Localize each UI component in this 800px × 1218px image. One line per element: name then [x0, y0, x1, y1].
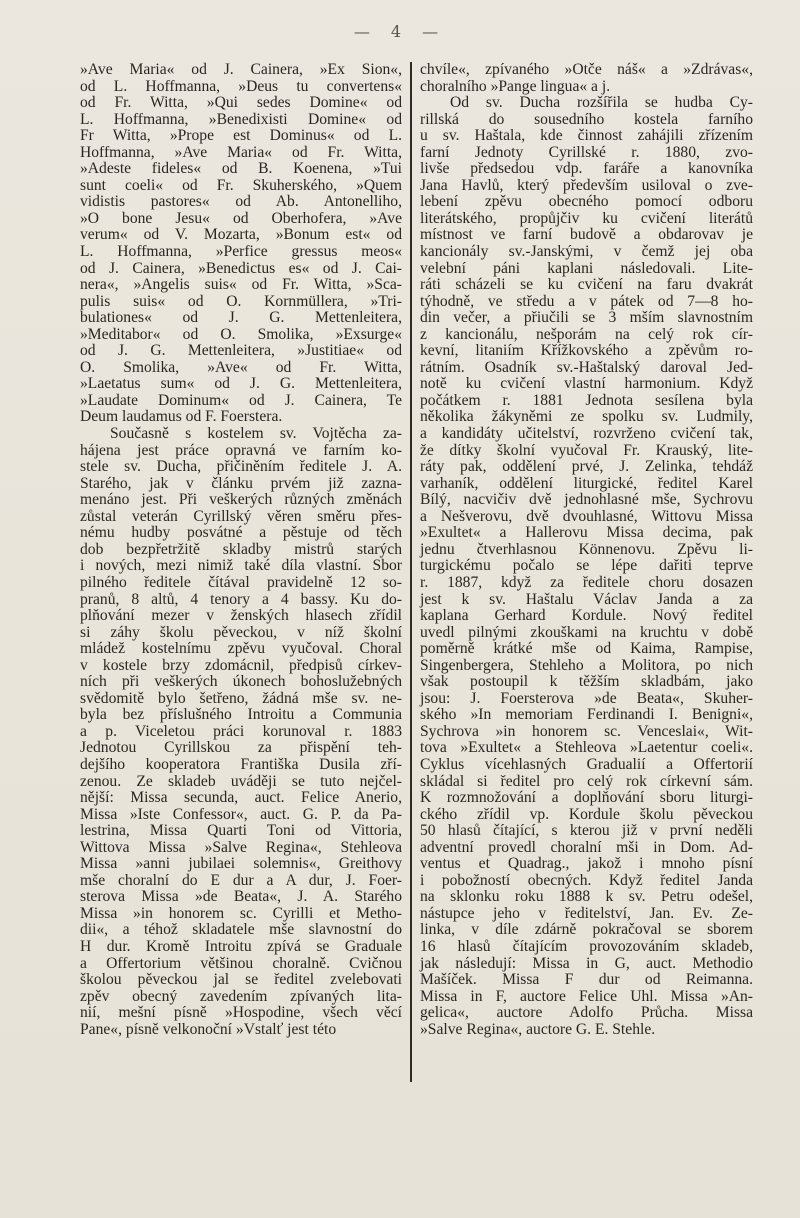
- text-line: několika žákyněmi ze spolku sv. Ludmily,: [420, 409, 753, 426]
- text-line: dob bezpřetržitě skladby mistrů starých: [80, 542, 402, 559]
- text-line: od J. G. Mettenleitera, »Justitiae« od: [80, 343, 402, 360]
- text-line: »Laudate Dominum« od J. Cainera, Te: [80, 393, 402, 410]
- text-line: farní Jednoty Cyrillské r. 1880, zvo-: [420, 145, 753, 162]
- text-line: Současně s kostelem sv. Vojtěcha za-: [80, 426, 402, 443]
- text-line: jsou: J. Foersterova »de Beata«, Skuher-: [420, 691, 753, 708]
- text-line: u sv. Haštala, kde činnost zahájili zříz…: [420, 128, 753, 145]
- text-line: »Exultet« a Hallerovu Missa decima, pak: [420, 525, 753, 542]
- text-line: Missa in F, auctore Felice Uhl. Missa »A…: [420, 989, 753, 1006]
- text-line: linka, v díle zdárně pokračoval se sbore…: [420, 922, 753, 939]
- text-line: Jednotou Cyrillskou za přispění teh-: [80, 740, 402, 757]
- text-line: od L. Hoffmanna, »Deus tu convertens«: [80, 79, 402, 96]
- text-line: K rozmnožování a doplňování sboru liturg…: [420, 790, 753, 807]
- text-line: literátského, propůjčiv ku cvičení liter…: [420, 211, 753, 228]
- text-line: z kancionálu, nešporám na celý rok cír-: [420, 327, 753, 344]
- text-line: školou pěveckou jal se ředitel zvelebova…: [80, 972, 402, 989]
- text-line: Bílý, nacvičiv dvě jednohlasné mše, Sych…: [420, 492, 753, 509]
- text-line: r. 1887, když za ředitele choru dosazen: [420, 575, 753, 592]
- text-line: nií, mešní písně »Hospodine, všech věcí: [80, 1005, 402, 1022]
- text-line: místnost ve farní budově a obdarovav je: [420, 227, 753, 244]
- text-line: varhaník, oddělení liturgické, ředitel K…: [420, 476, 753, 493]
- text-line: Deum laudamus od F. Foerstera.: [80, 409, 402, 426]
- text-line: velební páni kaplani následovali. Lite-: [420, 261, 753, 278]
- text-line: Missa »in honorem sc. Cyrilli et Metho-: [80, 906, 402, 923]
- text-line: a kandidáty učitelství, rozvrženo cvičen…: [420, 426, 753, 443]
- text-line: ckého zřídil vp. Kordule školu pěveckou: [420, 807, 753, 824]
- text-line: rátním. Osadník sv.-Haštalský daroval Je…: [420, 360, 753, 377]
- text-line: si záhy školu pěveckou, v níž školní: [80, 625, 402, 642]
- text-line: počátkem r. 1881 Jednota sesílena byla: [420, 393, 753, 410]
- text-line: vidistis pastores« od Ab. Antonelliho,: [80, 194, 402, 211]
- text-line: kancionály sv.-Janskými, v čemž jej oba: [420, 244, 753, 261]
- text-line: menáno jest. Při veškerých různých změná…: [80, 492, 402, 509]
- text-line: tova »Exultet« a Stehleova »Laetentur co…: [420, 740, 753, 757]
- text-line: plňování mezer v ženských hlasech zřídil: [80, 608, 402, 625]
- text-line: zenou. Ze skladeb uváději se tuto nejčel…: [80, 774, 402, 791]
- text-line: L. Hoffmanna, »Benedixisti Domine« od: [80, 112, 402, 129]
- text-line: lestrina, Missa Quarti Toni od Vittoria,: [80, 823, 402, 840]
- text-line: Jana Havlů, který především usiloval o z…: [420, 178, 753, 195]
- text-line: lebení zpěvu obecného pomocí odboru: [420, 194, 753, 211]
- text-line: pranů, 8 altů, 4 tenory a 4 bassy. Ku do…: [80, 592, 402, 609]
- text-line: pulis suis« od O. Kornmüllera, »Tri-: [80, 294, 402, 311]
- text-line: stele sv. Ducha, přičiněním ředitele J. …: [80, 459, 402, 476]
- text-line: nera«, »Angelis suis« od Fr. Witta, »Sca…: [80, 277, 402, 294]
- text-line: pilného ředitele čítával pravidelně 12 s…: [80, 575, 402, 592]
- text-line: na sklonku roku 1888 k sv. Petru odešel,: [420, 889, 753, 906]
- text-line: 16 hlasů čítajícím provozováním skladeb,: [420, 939, 753, 956]
- text-line: »Laetatus sum« od J. G. Mettenleitera,: [80, 376, 402, 393]
- text-line: jak následují: Missa in G, auct. Methodi…: [420, 956, 753, 973]
- text-line: adventní provedl choralní mši in Dom. Ad…: [420, 840, 753, 857]
- right-text-column: chvíle«, zpívaného »Otče náš« a »Zdrávas…: [420, 62, 753, 1038]
- text-line: kevní, litaniím Křížkovského a zpěvům ro…: [420, 343, 753, 360]
- text-line: mše choralní do E dur a A dur, J. Foer-: [80, 873, 402, 890]
- text-line: O. Smolika, »Ave« od Fr. Witta,: [80, 360, 402, 377]
- text-line: však postoupil k těžším skladbám, jako: [420, 674, 753, 691]
- text-line: ráty pak, oddělení prvé, J. Zelinka, teh…: [420, 459, 753, 476]
- text-line: zpěv obecný zavedením zpívaných lita-: [80, 989, 402, 1006]
- text-line: Fr Witta, »Prope est Dominus« od L.: [80, 128, 402, 145]
- text-line: jest k sv. Haštalu Václav Janda a za: [420, 592, 753, 609]
- text-line: sunt coeli« od Fr. Skuherského, »Quem: [80, 178, 402, 195]
- text-line: choralního »Pange lingua« a j.: [420, 79, 753, 96]
- text-line: »O bone Jesu« od Oberhofera, »Ave: [80, 211, 402, 228]
- text-line: v kostele brzy zdomácnil, předpisů círke…: [80, 658, 402, 675]
- text-line: od Fr. Witta, »Qui sedes Domine« od: [80, 95, 402, 112]
- text-line: týhodně, ve středu a v pátek od 7—8 ho-: [420, 294, 753, 311]
- text-line: ních při veškerých úkonech bohoslužebnýc…: [80, 674, 402, 691]
- text-line: i nových, mezi nimiž také díla vlastní. …: [80, 558, 402, 575]
- text-line: a p. Viceletou práci korunoval r. 1883: [80, 724, 402, 741]
- text-line: hájena jest práce opravná ve farním ko-: [80, 443, 402, 460]
- left-text-column: »Ave Maria« od J. Cainera, »Ex Sion«,od …: [80, 62, 402, 1038]
- document-page: — 4 — »Ave Maria« od J. Cainera, »Ex Sio…: [0, 0, 800, 1218]
- text-line: Missa »anni jubilaei solemnis«, Greithov…: [80, 856, 402, 873]
- text-line: Wittova Missa »Salve Regina«, Stehleova: [80, 840, 402, 857]
- text-line: od J. Cainera, »Benedictus es« od J. Cai…: [80, 261, 402, 278]
- text-line: kaplana Gerhard Kordule. Nový ředitel: [420, 608, 753, 625]
- text-line: bulationes« od J. G. Mettenleitera,: [80, 310, 402, 327]
- text-line: ského »In memoriam Ferdinandi I. Benigni…: [420, 707, 753, 724]
- text-line: H dur. Kromě Introitu zpívá se Graduale: [80, 939, 402, 956]
- text-line: a Offertorium většinou choralně. Cvičnou: [80, 956, 402, 973]
- text-line: Pane«, písně velkonoční »Vstalť jest tét…: [80, 1022, 402, 1039]
- text-line: L. Hoffmanna, »Perfice gressus meos«: [80, 244, 402, 261]
- text-line: nástupce jeho v ředitelství, Jan. Ev. Ze…: [420, 906, 753, 923]
- text-line: skládal si ředitel pro celý rok církevní…: [420, 774, 753, 791]
- text-line: chvíle«, zpívaného »Otče náš« a »Zdrávas…: [420, 62, 753, 79]
- text-line: poměrně krátké mše od Kaima, Rampise,: [420, 641, 753, 658]
- text-line: »Ave Maria« od J. Cainera, »Ex Sion«,: [80, 62, 402, 79]
- text-line: livše předsedou vdp. faráře a kanovníka: [420, 161, 753, 178]
- text-line: ráti scházeli se ku cvičení na faru dvak…: [420, 277, 753, 294]
- text-line: byla bez příslušného Introitu a Communia: [80, 707, 402, 724]
- text-line: dii«, a téhož skladatele mše slavnostní …: [80, 922, 402, 939]
- text-line: »Meditabor« od O. Smolika, »Exsurge«: [80, 327, 402, 344]
- text-line: gelica«, auctore Adolfo Průcha. Missa: [420, 1005, 753, 1022]
- text-line: jednu čtverhlasnou Könnenovu. Zpěvu li-: [420, 542, 753, 559]
- text-line: din večer, a přiučili se 3 mším slavnost…: [420, 310, 753, 327]
- text-line: dejšího kooperatora Františka Dusila zří…: [80, 757, 402, 774]
- text-line: notě ku cvičení vlastní harmonium. Když: [420, 376, 753, 393]
- text-line: nému hudby posvátné a pěstuje od těch: [80, 525, 402, 542]
- text-line: Cyklus vícehlasných Gradualií a Offertor…: [420, 757, 753, 774]
- column-divider: [410, 62, 412, 1082]
- text-line: Starého, jak v článku prvém již zazna-: [80, 476, 402, 493]
- text-line: svědomitě bylo šetřeno, žádná mše sv. ne…: [80, 691, 402, 708]
- text-line: »Adeste fideles« od B. Koenena, »Tui: [80, 161, 402, 178]
- text-line: Mašíček. Missa F dur od Reimanna.: [420, 972, 753, 989]
- text-line: uvedl pilnými zkouškami na kruchtu v dob…: [420, 625, 753, 642]
- text-line: Missa »Iste Confessor«, auct. G. P. da P…: [80, 807, 402, 824]
- text-line: nější: Missa secunda, auct. Felice Aneri…: [80, 790, 402, 807]
- page-number: — 4 —: [0, 22, 800, 41]
- text-line: Hoffmanna, »Ave Maria« od Fr. Witta,: [80, 145, 402, 162]
- text-line: a Nešverovu, dvě dvouhlasné, Wittovu Mis…: [420, 509, 753, 526]
- text-line: 50 hlasů čítající, s kterou již v první …: [420, 823, 753, 840]
- text-line: turgickému počalo se lépe dařiti teprve: [420, 558, 753, 575]
- text-line: Singenbergera, Stehleho a Molitora, po n…: [420, 658, 753, 675]
- text-line: »Salve Regina«, auctore G. E. Stehle.: [420, 1022, 753, 1039]
- text-line: i pobožností obecných. Když ředitel Jand…: [420, 873, 753, 890]
- text-line: Od sv. Ducha rozšířila se hudba Cy-: [420, 95, 753, 112]
- text-line: rillská do sousedního kostela farního: [420, 112, 753, 129]
- text-line: mládež kostelnímu zpěvu vyučoval. Choral: [80, 641, 402, 658]
- text-line: že dítky školní vyučoval Fr. Krauský, li…: [420, 443, 753, 460]
- text-line: sterova Missa »de Beata«, J. A. Starého: [80, 889, 402, 906]
- text-line: zůstal veterán Cyrillský věren směru pře…: [80, 509, 402, 526]
- text-line: ventus et Quadrag., jakož i mnoho písní: [420, 856, 753, 873]
- text-line: verum« od V. Mozarta, »Bonum est« od: [80, 227, 402, 244]
- text-line: Sychrova »in honorem sc. Venceslai«, Wit…: [420, 724, 753, 741]
